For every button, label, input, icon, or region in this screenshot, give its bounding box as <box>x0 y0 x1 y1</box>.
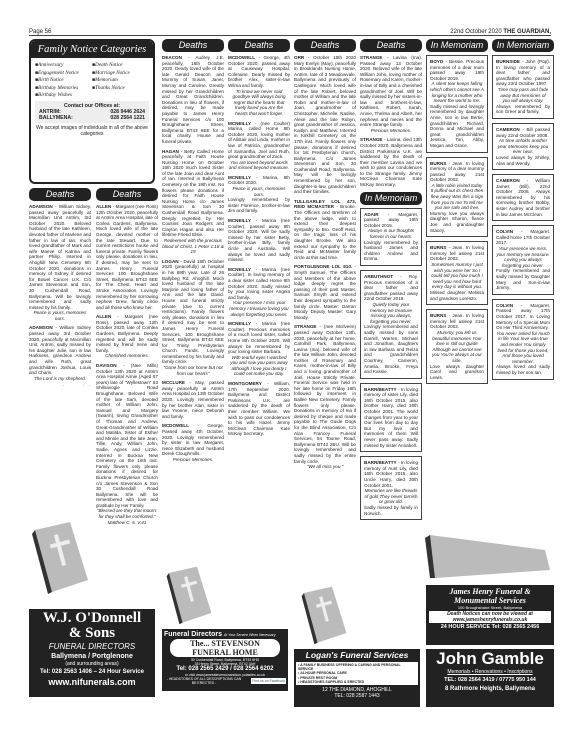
categories-list: Anniversary Death Notice Engagement Noti… <box>31 58 153 101</box>
category-item: Thanks Notice <box>92 85 149 93</box>
bible-icon <box>425 530 555 580</box>
categories-title: Family Notice Categories <box>31 41 153 58</box>
section-header: Deaths <box>96 188 158 201</box>
notice: MCNEILLY - Marina (nee Coulter). In lovi… <box>228 267 290 317</box>
memoriam-notice: BURNS - Jean. In loving memory fell asle… <box>426 241 488 305</box>
logan-phone: TEL: 028 2587 1443 <box>294 693 420 699</box>
gamble-phone: TEL: 028 2564 3419 / 07775 950 144 <box>426 676 554 685</box>
notice: STRANGE - (nee McIlveen) passed away Oct… <box>294 324 356 469</box>
deaths-column-3: Deaths DEACON - Audrey J.E. peacefully, … <box>162 39 224 529</box>
james-henry-phone: 24 HOUR SERVICE Tel: 028 2565 2456 <box>426 623 554 631</box>
category-item: Memoriam <box>92 77 149 85</box>
section-header: Deaths <box>294 39 356 52</box>
notice: LOGAN - David 18th October 2020 (peacefu… <box>162 259 224 376</box>
notice: TULLGARLEY LOL 473, REID MCMASTER - Broo… <box>294 199 356 261</box>
notice: AITCHESON - (nee Gordon) Moira died Sund… <box>29 385 91 386</box>
section-header: Deaths <box>360 39 422 52</box>
category-item: Engagement Notice <box>35 70 92 78</box>
section-header: In Memoriam <box>492 39 554 52</box>
ballymena-phone: 028 2564 1221 <box>110 115 145 121</box>
memoriam-notice: COLVIN - Margaret. Passed away 17th Octo… <box>492 299 554 380</box>
deaths-column-5: Deaths ORR - October 15th 2020 Mary Evel… <box>294 39 356 549</box>
category-item: Anniversary <box>35 62 92 70</box>
section-header: In Memoriam <box>360 192 422 205</box>
notice: ALLEN - Margaret (nee Ross) 12th October… <box>96 204 158 310</box>
odonnell-funeral-ad: W.J. O'Donnell & Sons FUNERAL DIRECTORS … <box>29 609 155 697</box>
odonnell-phone: Tel: 028 2563 1406 – 24 Hour Service <box>29 668 155 677</box>
notice: ADAMSON - William Sidney, passed away pe… <box>29 204 91 321</box>
deaths-column-4: Deaths MCDOWELL - George, 4th October 20… <box>228 39 290 623</box>
notice: ORR - October 15th 2020 Mary Evelyn (May… <box>294 55 356 195</box>
notice: STRANGE - Lavina (Ina). Passed away 13 O… <box>360 55 422 133</box>
notice: PORTGLENONE LOL 910. - Smyth Samuel. The… <box>294 264 356 320</box>
notice: DEACON - Audrey J.E. peacefully, 16th Oc… <box>162 55 224 145</box>
stevenson-phone: Tel: 028 2565 2429 / 028 2564 6202 <box>164 666 286 673</box>
deaths-memoriam-column-6: Deaths STRANGE - Lavina (Ina). Passed aw… <box>360 39 422 569</box>
facebook-badge[interactable]: Find us on Facebook <box>251 678 286 684</box>
memoriam-notice: BURNSIDE - John (Pop). In loving memory … <box>492 55 554 119</box>
odonnell-website: www.nifunerals.com <box>29 677 155 688</box>
memoriam-notice: CAMERON - William James (Bill), 22nd Oct… <box>492 174 554 221</box>
section-header: Deaths <box>162 39 224 52</box>
memoriam-notice: BOYD - Bessie. Precious memories of a de… <box>426 55 488 153</box>
notice: ADAMSON - William Sidney passed away 3rd… <box>29 325 91 381</box>
category-item: Birthday Wishes <box>35 92 92 100</box>
notice: MCNEILLY - Marina, 8th October 2020.Peac… <box>228 175 290 214</box>
bible-icon <box>160 565 218 625</box>
notice: MCNEILLY - (nee Coulter) Marina, called … <box>228 121 290 171</box>
memoriam-notice: CAMERON - Bill passed away 22nd October … <box>492 123 554 170</box>
memoriam-notice: BURNS - Jean. In loving memory of a dear… <box>426 157 488 238</box>
notice: MCCLURE - May, passed away peacefully at… <box>162 380 224 419</box>
logan-funeral-ad: Logan's Funeral Services • A FAMILY BUSI… <box>294 649 420 707</box>
notice: MCNEILLY - Marina (nee Coulter). Preciou… <box>228 321 290 377</box>
notice: DAVISON - (Nee Mills) October 13th 2020 … <box>96 363 158 525</box>
category-item: Birthday Memories <box>35 85 92 93</box>
memoriam-notice: BARR/BEATTY - In loving memory of Aunt L… <box>360 456 422 520</box>
notice: ALLEN - Margaret (nee Ross), passed away… <box>96 314 158 359</box>
notice: MCDOWELL - George. Passed away 4th Octob… <box>162 423 224 462</box>
notice: HAGAN - Betty Called Home peacefully at … <box>162 149 224 255</box>
category-item: Birth Notice <box>35 77 92 85</box>
section-header: In Memoriam <box>426 39 488 52</box>
contact-box: Contact our Offices at: ANTRIM:028 9446 … <box>35 101 149 123</box>
section-header: Deaths <box>29 188 91 201</box>
bible-icon <box>30 520 90 595</box>
notice: MCNEILLY - Marina (nee Coulter), passed … <box>228 218 290 263</box>
memoriam-notice: BURNS - Jean. In loving memory fell asle… <box>426 309 488 384</box>
deaths-column-2: Deaths ALLEN - Margaret (nee Ross) 12th … <box>96 188 158 602</box>
category-item: Marriage Notice <box>92 70 149 78</box>
notice: MCDOWELL - George, 4th October 2020, pas… <box>228 55 290 117</box>
bible-icon <box>293 585 355 645</box>
header-rule <box>29 35 551 36</box>
categories-footer: We accept images of individuals in all o… <box>31 123 153 139</box>
john-gamble-ad: John Gamble Memorials • Renovations • In… <box>426 649 554 707</box>
memoriam-notice: ARBUTHNOT - Roy. Precious memories of a … <box>360 270 422 379</box>
memoriam-notice: COLVIN - Margaret. Called home 17th Octo… <box>492 225 554 295</box>
memoriam-column-7: In Memoriam BOYD - Bessie. Precious memo… <box>426 39 488 549</box>
category-item: Death Notice <box>92 62 149 70</box>
notice: STRANGE - Lavina, died 13th October 2020… <box>360 137 422 187</box>
deaths-column-1: Deaths ADAMSON - William Sidney, passed … <box>29 188 91 386</box>
memoriam-notice: BARR/BEATTY - In loving memory of sister… <box>360 383 422 453</box>
james-henry-funeral-ad: James Henry Funeral & Monumental Service… <box>426 585 554 645</box>
notice: MONTGOMERY - William, 17th September 202… <box>228 381 290 437</box>
family-notice-categories: Family Notice Categories Anniversary Dea… <box>29 39 155 184</box>
stevenson-funeral-ad: Funeral Directors At Your Service When N… <box>162 629 288 691</box>
section-header: Deaths <box>228 39 290 52</box>
memoriam-notice: ADAIR - Margaret, passed away 16th Octob… <box>360 208 422 266</box>
memoriam-column-8: In Memoriam BURNSIDE - John (Pop). In lo… <box>492 39 554 559</box>
